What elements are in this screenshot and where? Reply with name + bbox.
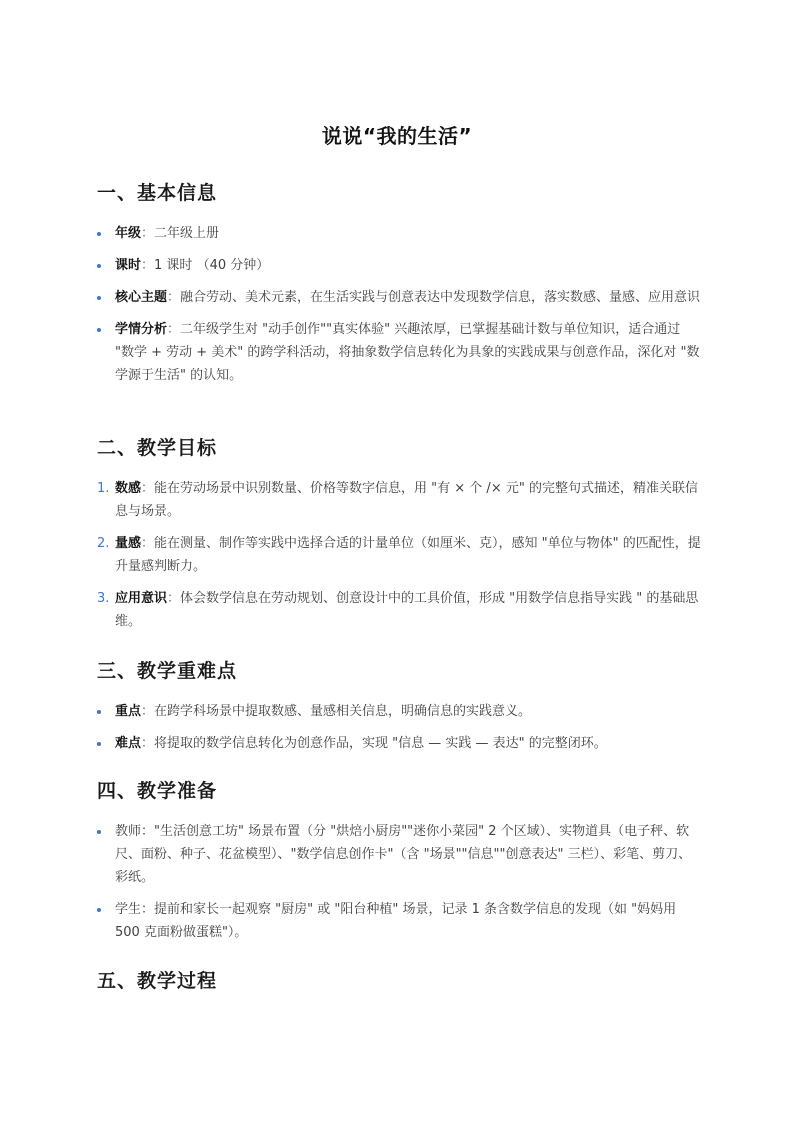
bullet-icon: [97, 830, 101, 834]
item-text: 将提取的数学信息转化为创意作品，实现 "信息 — 实践 — 表达" 的完整闭环。: [154, 736, 607, 751]
list-item: 课时：1 课时 （40 分钟）: [97, 254, 701, 277]
section-preparation: 四、教学准备 教师："生活创意工坊" 场景布置（分 "烘焙小厨房""迷你小菜园"…: [97, 778, 701, 944]
item-separator: ：: [141, 704, 154, 719]
item-label: 数感: [115, 481, 141, 496]
item-separator: ：: [167, 290, 180, 305]
section-heading: 三、教学重难点: [97, 658, 701, 684]
item-separator: ：: [141, 226, 154, 241]
item-label: 应用意识: [115, 591, 167, 606]
goals-list: 1. 数感：能在劳动场景中识别数量、价格等数字信息，用 "有 × 个 /× 元"…: [97, 477, 701, 633]
item-separator: ：: [141, 258, 154, 273]
item-text: 融合劳动、美术元素，在生活实践与创意表达中发现数学信息，落实数感、量感、应用意识: [180, 290, 700, 305]
bullet-icon: [97, 232, 101, 236]
item-label: 课时: [115, 258, 141, 273]
bullet-icon: [97, 328, 101, 332]
item-text: 学生：提前和家长一起观察 "厨房" 或 "阳台种植" 场景，记录 1 条含数学信…: [115, 902, 676, 940]
section-heading: 五、教学过程: [97, 968, 701, 994]
list-item: 重点：在跨学科场景中提取数感、量感相关信息，明确信息的实践意义。: [97, 700, 701, 723]
bullet-icon: [97, 710, 101, 714]
section-heading: 二、教学目标: [97, 435, 701, 461]
item-label: 重点: [115, 704, 141, 719]
item-label: 核心主题: [115, 290, 167, 305]
item-text: 能在测量、制作等实践中选择合适的计量单位（如厘米、克），感知 "单位与物体" 的…: [115, 536, 701, 574]
document-page: 说说“我的生活” 一、基本信息 年级：二年级上册 课时：1 课时 （40 分钟）…: [0, 0, 794, 1123]
bullet-icon: [97, 296, 101, 300]
item-label: 难点: [115, 736, 141, 751]
item-label: 年级: [115, 226, 141, 241]
item-separator: ：: [167, 591, 180, 606]
key-points-list: 重点：在跨学科场景中提取数感、量感相关信息，明确信息的实践意义。 难点：将提取的…: [97, 700, 701, 755]
item-separator: ：: [141, 481, 154, 496]
list-item: 学生：提前和家长一起观察 "厨房" 或 "阳台种植" 场景，记录 1 条含数学信…: [97, 898, 701, 944]
bullet-icon: [97, 908, 101, 912]
item-separator: ：: [141, 736, 154, 751]
list-item: 难点：将提取的数学信息转化为创意作品，实现 "信息 — 实践 — 表达" 的完整…: [97, 732, 701, 755]
section-heading: 一、基本信息: [97, 180, 701, 206]
list-item: 2. 量感：能在测量、制作等实践中选择合适的计量单位（如厘米、克），感知 "单位…: [97, 532, 701, 578]
section-process: 五、教学过程: [97, 968, 701, 994]
bullet-icon: [97, 742, 101, 746]
item-number: 2.: [97, 532, 109, 555]
item-text: 教师："生活创意工坊" 场景布置（分 "烘焙小厨房""迷你小菜园" 2 个区域）…: [115, 824, 691, 885]
bullet-icon: [97, 264, 101, 268]
basic-info-list: 年级：二年级上册 课时：1 课时 （40 分钟） 核心主题：融合劳动、美术元素，…: [97, 222, 701, 387]
list-item: 1. 数感：能在劳动场景中识别数量、价格等数字信息，用 "有 × 个 /× 元"…: [97, 477, 701, 523]
item-text: 在跨学科场景中提取数感、量感相关信息，明确信息的实践意义。: [154, 704, 531, 719]
preparation-list: 教师："生活创意工坊" 场景布置（分 "烘焙小厨房""迷你小菜园" 2 个区域）…: [97, 820, 701, 944]
document-title: 说说“我的生活”: [0, 120, 794, 149]
list-item: 3. 应用意识：体会数学信息在劳动规划、创意设计中的工具价值，形成 "用数学信息…: [97, 587, 701, 633]
item-label: 量感: [115, 536, 141, 551]
list-item: 年级：二年级上册: [97, 222, 701, 245]
item-text: 能在劳动场景中识别数量、价格等数字信息，用 "有 × 个 /× 元" 的完整句式…: [115, 481, 698, 519]
item-label: 学情分析: [115, 322, 167, 337]
item-text: 体会数学信息在劳动规划、创意设计中的工具价值，形成 "用数学信息指导实践 " 的…: [115, 591, 698, 629]
item-text: 二年级上册: [154, 226, 219, 241]
section-heading: 四、教学准备: [97, 778, 701, 804]
item-separator: ：: [141, 536, 154, 551]
section-basic-info: 一、基本信息 年级：二年级上册 课时：1 课时 （40 分钟） 核心主题：融合劳…: [97, 180, 701, 387]
list-item: 核心主题：融合劳动、美术元素，在生活实践与创意表达中发现数学信息，落实数感、量感…: [97, 286, 701, 309]
item-separator: ：: [167, 322, 180, 337]
item-text: 二年级学生对 "动手创作""真实体验" 兴趣浓厚，已掌握基础计数与单位知识，适合…: [115, 322, 700, 383]
list-item: 学情分析：二年级学生对 "动手创作""真实体验" 兴趣浓厚，已掌握基础计数与单位…: [97, 318, 701, 387]
item-number: 1.: [97, 477, 109, 500]
list-item: 教师："生活创意工坊" 场景布置（分 "烘焙小厨房""迷你小菜园" 2 个区域）…: [97, 820, 701, 889]
item-text: 1 课时 （40 分钟）: [154, 258, 269, 273]
section-key-points: 三、教学重难点 重点：在跨学科场景中提取数感、量感相关信息，明确信息的实践意义。…: [97, 658, 701, 755]
section-goals: 二、教学目标 1. 数感：能在劳动场景中识别数量、价格等数字信息，用 "有 × …: [97, 435, 701, 633]
item-number: 3.: [97, 587, 109, 610]
